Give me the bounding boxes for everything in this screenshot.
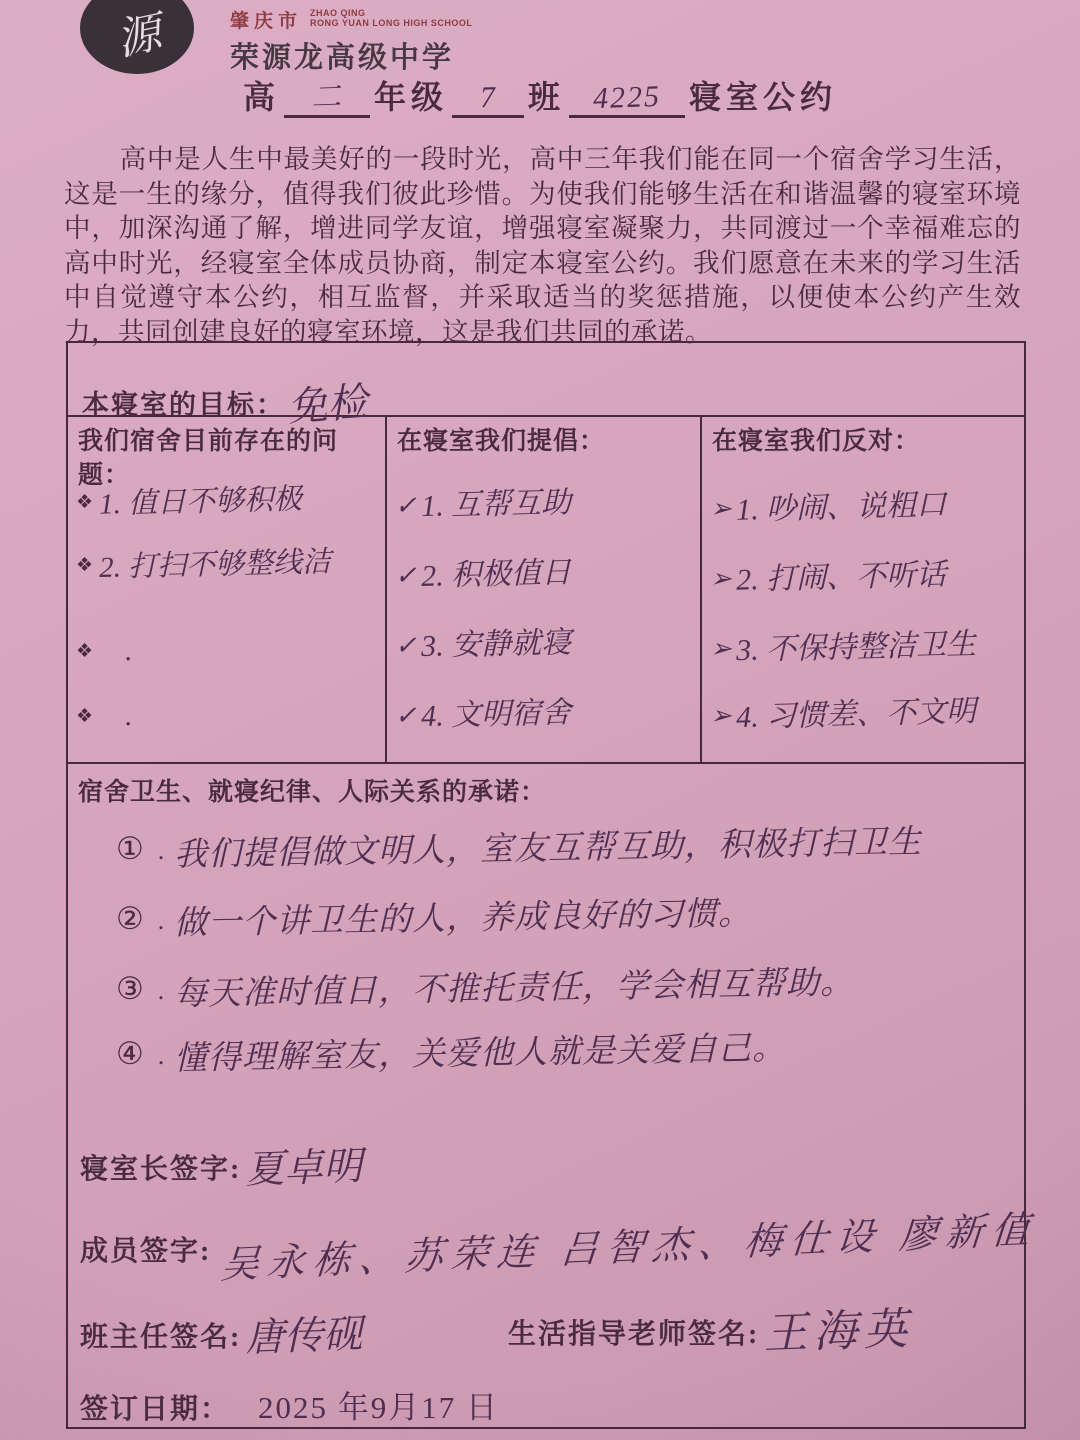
- promise-text: 每天准时值日，不推托责任，学会相互帮助。: [174, 956, 855, 1015]
- head-teacher-signature-label: 班主任签名:: [80, 1322, 241, 1353]
- propose-column: 在寝室我们提倡： ✓1. 互帮互助 ✓2. 积极值日 ✓3. 安静就寝 ✓4. …: [387, 417, 702, 762]
- promise-text: 懂得理解室友，关爱他人就是关爱自己。: [174, 1022, 787, 1080]
- title-class-label: 班: [528, 79, 565, 115]
- promise-item: ③.每天准时值日，不推托责任，学会相互帮助。: [116, 962, 854, 1009]
- goal-row: 本寝室的目标：免检: [68, 343, 1024, 417]
- problem-item: ❖1. 值日不够积极: [76, 479, 302, 520]
- school-header: 肇庆市 ZHAO QING RONG YUAN LONG HIGH SCHOOL…: [230, 6, 472, 76]
- logo-character: 源: [110, 0, 166, 68]
- school-name: 荣源龙高级中学: [230, 35, 472, 76]
- date-label: 签订日期：: [80, 1394, 230, 1425]
- propose-text: 1. 互帮互助: [420, 477, 571, 525]
- promises-section: 宿舍卫生、就寝纪律、人际关系的承诺： ①.我们提倡做文明人，室友互帮互助，积极打…: [68, 762, 1024, 1431]
- propose-item: ✓4. 文明宿舍: [395, 689, 571, 733]
- diamond-bullet-icon: ❖: [76, 555, 93, 576]
- oppose-header: 在寝室我们反对：: [712, 425, 1015, 459]
- school-logo-icon: 源: [80, 0, 194, 74]
- advisor-signature-handwritten: 王海英: [762, 1292, 914, 1361]
- circled-number: ①: [116, 831, 144, 866]
- school-city-english: ZHAO QING: [310, 8, 366, 18]
- room-blank: 4225: [569, 79, 685, 118]
- school-city: 肇庆市: [230, 6, 302, 33]
- promise-item: ④.懂得理解室友，关爱他人就是关爱自己。: [116, 1027, 786, 1074]
- propose-item: ✓2. 积极值日: [395, 549, 571, 593]
- class-blank: 7: [452, 79, 524, 118]
- problem-text: 2. 打扫不够整线洁: [99, 539, 332, 586]
- head-teacher-signature-handwritten: 唐传砚: [244, 1303, 363, 1363]
- oppose-text: 1. 吵闹、说粗口: [735, 479, 946, 528]
- promise-text: 我们提倡做文明人，室友互帮互助，积极打扫卫生: [174, 815, 923, 875]
- title-suffix: 寝室公约: [689, 79, 837, 115]
- diamond-bullet-icon: ❖: [76, 706, 93, 727]
- members-signatures-handwritten: 吴永栋、苏荣连 吕智杰、梅仕设 廖新值: [220, 1198, 1041, 1289]
- oppose-item: ➢4. 习惯差、不文明: [710, 689, 976, 733]
- dot-separator: .: [158, 906, 165, 935]
- oppose-text: 3. 不保持整洁卫生: [735, 619, 976, 669]
- school-english-name: RONG YUAN LONG HIGH SCHOOL: [310, 18, 472, 28]
- intro-paragraph: 高中是人生中最美好的一段时光，高中三年我们能在同一个宿舍学习生活，这是一生的缘分…: [64, 142, 1021, 349]
- promises-header: 宿舍卫生、就寝纪律、人际关系的承诺：: [78, 772, 546, 808]
- leader-signature-label: 寝室长签字:: [80, 1154, 241, 1185]
- class-value-handwritten: 7: [479, 81, 497, 116]
- members-signature-label: 成员签字:: [80, 1236, 211, 1267]
- document-title: 高二年级7班4225寝室公约: [0, 72, 1080, 118]
- problem-text: .: [125, 635, 133, 668]
- title-prefix: 高: [243, 79, 280, 115]
- room-value-handwritten: 4225: [592, 80, 661, 116]
- promise-item: ①.我们提倡做文明人，室友互帮互助，积极打扫卫生: [116, 822, 922, 869]
- problem-item-empty: ❖.: [76, 700, 132, 733]
- check-mark-icon: ✓: [395, 631, 417, 661]
- check-mark-icon: ✓: [395, 561, 417, 591]
- problems-column: 我们宿舍目前存在的问题： ❖1. 值日不够积极 ❖2. 打扫不够整线洁 ❖. ❖…: [68, 417, 387, 762]
- problem-item-empty: ❖.: [76, 635, 132, 668]
- grade-value-handwritten: 二: [310, 80, 343, 115]
- date-row: 签订日期：2025 年9月17 日: [80, 1382, 499, 1427]
- title-grade-label: 年级: [374, 79, 448, 115]
- leader-signature-row: 寝室长签字:夏卓明: [80, 1134, 362, 1190]
- propose-text: 4. 文明宿舍: [420, 687, 571, 735]
- arrow-bullet-icon: ➢: [710, 494, 732, 524]
- diamond-bullet-icon: ❖: [76, 641, 93, 662]
- oppose-item: ➢1. 吵闹、说粗口: [710, 482, 946, 526]
- dorm-agreement-document: 源 肇庆市 ZHAO QING RONG YUAN LONG HIGH SCHO…: [0, 0, 1080, 1440]
- propose-header: 在寝室我们提倡：: [397, 425, 691, 459]
- arrow-bullet-icon: ➢: [710, 634, 732, 664]
- oppose-column: 在寝室我们反对： ➢1. 吵闹、说粗口 ➢2. 打闹、不听话 ➢3. 不保持整洁…: [702, 417, 1024, 762]
- oppose-item: ➢2. 打闹、不听话: [710, 552, 946, 596]
- check-mark-icon: ✓: [395, 701, 417, 731]
- promise-text: 做一个讲卫生的人，养成良好的习惯。: [174, 887, 753, 944]
- diamond-bullet-icon: ❖: [76, 492, 93, 513]
- problem-text: .: [125, 700, 133, 733]
- dot-separator: .: [158, 1041, 165, 1070]
- oppose-item: ➢3. 不保持整洁卫生: [710, 622, 976, 666]
- check-mark-icon: ✓: [395, 491, 417, 521]
- promise-item: ②.做一个讲卫生的人，养成良好的习惯。: [116, 892, 752, 939]
- propose-text: 3. 安静就寝: [420, 617, 571, 665]
- columns-row: 我们宿舍目前存在的问题： ❖1. 值日不够积极 ❖2. 打扫不够整线洁 ❖. ❖…: [68, 417, 1024, 762]
- oppose-text: 4. 习惯差、不文明: [735, 686, 976, 736]
- arrow-bullet-icon: ➢: [710, 701, 732, 731]
- problem-text: 1. 值日不够积极: [99, 476, 303, 522]
- propose-item: ✓1. 互帮互助: [395, 479, 571, 523]
- goal-label: 本寝室的目标：: [82, 390, 285, 420]
- advisor-signature-row: 生活指导老师签名:王海英: [508, 1292, 913, 1356]
- advisor-signature-label: 生活指导老师签名:: [508, 1319, 759, 1350]
- agreement-table: 本寝室的目标：免检 我们宿舍目前存在的问题： ❖1. 值日不够积极 ❖2. 打扫…: [66, 341, 1026, 1429]
- circled-number: ②: [116, 901, 144, 936]
- circled-number: ④: [116, 1036, 144, 1071]
- grade-blank: 二: [284, 79, 370, 118]
- dot-separator: .: [158, 836, 165, 865]
- dot-separator: .: [158, 976, 165, 1005]
- problem-item: ❖2. 打扫不够整线洁: [76, 542, 331, 583]
- leader-signature-handwritten: 夏卓明: [244, 1135, 363, 1195]
- school-name-english: ZHAO QING RONG YUAN LONG HIGH SCHOOL: [310, 6, 472, 28]
- propose-item: ✓3. 安静就寝: [395, 619, 571, 663]
- arrow-bullet-icon: ➢: [710, 564, 732, 594]
- circled-number: ③: [116, 971, 144, 1006]
- teacher-signature-row: 班主任签名:唐传砚: [80, 1302, 362, 1358]
- oppose-text: 2. 打闹、不听话: [735, 549, 946, 598]
- date-value: 2025 年9月17 日: [258, 1382, 499, 1427]
- members-signature-row: 成员签字:吴永栋、苏荣连 吕智杰、梅仕设 廖新值: [80, 1216, 1038, 1271]
- propose-text: 2. 积极值日: [420, 547, 571, 595]
